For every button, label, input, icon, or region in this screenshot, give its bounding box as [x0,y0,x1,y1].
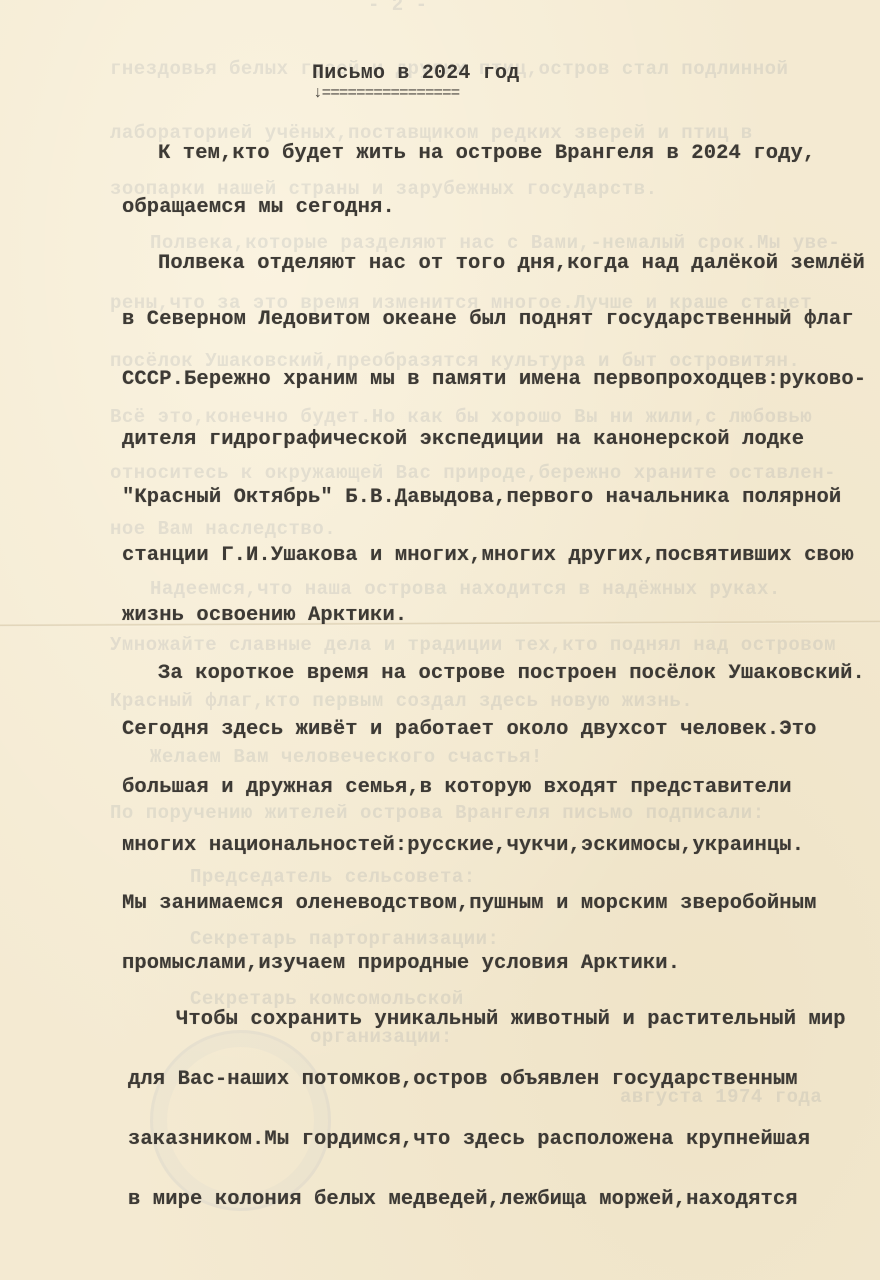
title-underline: ↓================ [313,84,459,102]
text-line: в Северном Ледовитом океане был поднят г… [122,308,854,331]
text-line: для Вас-наших потомков,остров объявлен г… [128,1068,798,1091]
document-title: Письмо в 2024 год [312,62,519,85]
text-line: К тем,кто будет жить на острове Врангеля… [158,142,815,165]
text-line: многих национальностей:русские,чукчи,эск… [122,834,804,857]
text-line: За короткое время на острове построен по… [158,662,865,685]
text-line: дителя гидрографической экспедиции на ка… [122,428,804,451]
text-line: жизнь освоению Арктики. [122,604,407,627]
text-line: станции Г.И.Ушакова и многих,многих друг… [122,544,854,567]
text-line: обращаемся мы сегодня. [122,196,395,219]
text-line: в мире колония белых медведей,лежбища мо… [128,1188,798,1211]
stamp-bleed-through [150,1030,331,1211]
text-line: Мы занимаемся оленеводством,пушным и мор… [122,892,817,915]
text-line: СССР.Бережно храним мы в памяти имена пе… [122,368,866,391]
text-line: промыслами,изучаем природные условия Арк… [122,952,680,975]
text-line: Чтобы сохранить уникальный животный и ра… [176,1008,846,1031]
text-line: Сегодня здесь живёт и работает около дву… [122,718,817,741]
text-line: большая и дружная семья,в которую входят… [122,776,792,799]
text-line: заказником.Мы гордимся,что здесь располо… [128,1128,810,1151]
text-line: "Красный Октябрь" Б.В.Давыдова,первого н… [122,486,841,509]
text-line: Полвека отделяют нас от того дня,когда н… [158,252,865,275]
